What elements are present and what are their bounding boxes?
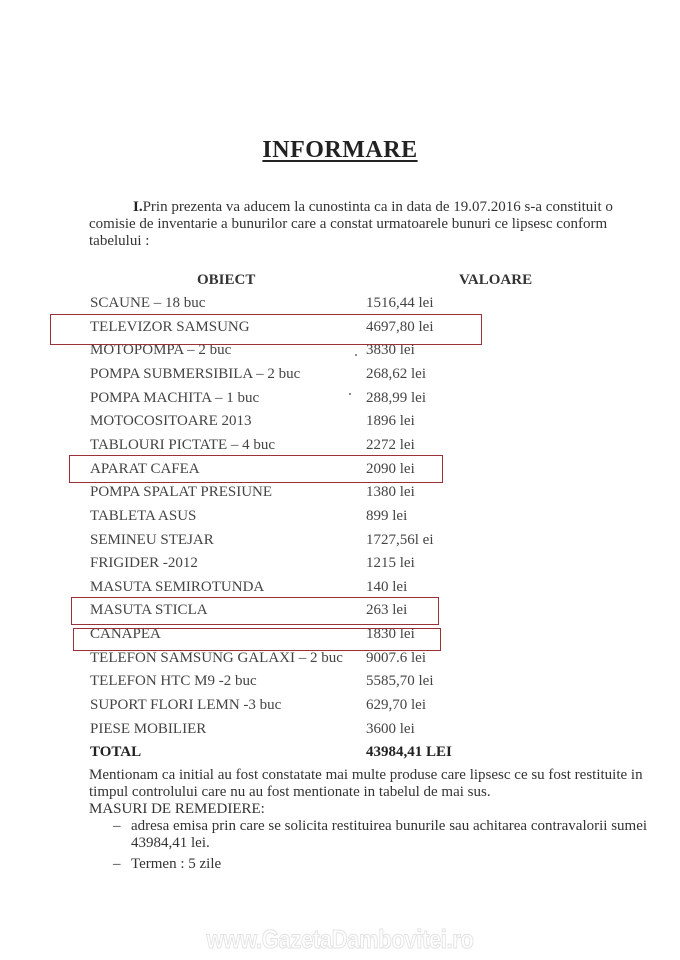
measures-list: –adresa emisa prin care se solicita rest… — [113, 818, 653, 877]
header-object: OBIECT — [197, 272, 255, 289]
table-row: POMPA MACHITA – 1 buc288,99 lei — [90, 390, 490, 414]
item-name: TABLOURI PICTATE – 4 buc — [90, 437, 275, 454]
item-value: 5585,70 lei — [366, 673, 434, 690]
item-value: 629,70 lei — [366, 697, 426, 714]
item-value: 268,62 lei — [366, 366, 426, 383]
highlight-box — [73, 628, 441, 651]
document-title: INFORMARE — [0, 137, 680, 164]
item-name: POMPA MACHITA – 1 buc — [90, 390, 259, 407]
note-paragraph: Mentionam ca initial au fost constatate … — [89, 767, 649, 818]
table-row: SEMINEU STEJAR1727,56l ei — [90, 532, 490, 556]
total-label: TOTAL — [90, 744, 141, 761]
table-row: FRIGIDER -20121215 lei — [90, 555, 490, 579]
item-name: FRIGIDER -2012 — [90, 555, 198, 572]
note-text: Mentionam ca initial au fost constatate … — [89, 767, 649, 801]
item-name: TELEFON HTC M9 -2 buc — [90, 673, 257, 690]
item-name: SCAUNE – 18 buc — [90, 295, 205, 312]
table-row: TABLETA ASUS899 lei — [90, 508, 490, 532]
item-value: 1896 lei — [366, 413, 415, 430]
total-row: TOTAL43984,41 LEI — [90, 744, 490, 768]
table-row: SUPORT FLORI LEMN -3 buc629,70 lei — [90, 697, 490, 721]
item-value: 9007.6 lei — [366, 650, 426, 667]
measure-item: –adresa emisa prin care se solicita rest… — [113, 818, 653, 852]
item-value: 3600 lei — [366, 721, 415, 738]
highlight-box — [50, 314, 482, 345]
table-row: PIESE MOBILIER3600 lei — [90, 721, 490, 745]
intro-number: I. — [133, 199, 143, 215]
item-value: 140 lei — [366, 579, 407, 596]
watermark: www.GazetaDambovitei.ro — [51, 924, 629, 955]
item-value: 2272 lei — [366, 437, 415, 454]
item-name: TABLETA ASUS — [90, 508, 196, 525]
intro-text: Prin prezenta va aducem la cunostinta ca… — [89, 199, 613, 249]
table-row: POMPA SPALAT PRESIUNE1380 lei — [90, 484, 490, 508]
highlight-box — [71, 597, 439, 625]
item-value: 1380 lei — [366, 484, 415, 501]
item-name: PIESE MOBILIER — [90, 721, 206, 738]
item-value: 288,99 lei — [366, 390, 426, 407]
table-row: TELEFON SAMSUNG GALAXI – 2 buc9007.6 lei — [90, 650, 490, 674]
item-name: POMPA SPALAT PRESIUNE — [90, 484, 272, 501]
table-row: POMPA SUBMERSIBILA – 2 buc268,62 lei — [90, 366, 490, 390]
total-value: 43984,41 LEI — [366, 744, 452, 761]
item-value: 1516,44 lei — [366, 295, 434, 312]
item-value: 1215 lei — [366, 555, 415, 572]
intro-paragraph: I.Prin prezenta va aducem la cunostinta … — [89, 199, 629, 250]
item-name: TELEFON SAMSUNG GALAXI – 2 buc — [90, 650, 343, 667]
highlight-box — [69, 455, 443, 483]
table-row: MOTOPOMPA – 2 buc3830 lei — [90, 342, 490, 366]
item-name: POMPA SUBMERSIBILA – 2 buc — [90, 366, 300, 383]
item-name: MASUTA SEMIROTUNDA — [90, 579, 264, 596]
item-name: MOTOCOSITOARE 2013 — [90, 413, 252, 430]
item-name: SUPORT FLORI LEMN -3 buc — [90, 697, 281, 714]
table-row: TELEFON HTC M9 -2 buc5585,70 lei — [90, 673, 490, 697]
item-name: SEMINEU STEJAR — [90, 532, 214, 549]
item-value: 899 lei — [366, 508, 407, 525]
scan-speck — [355, 354, 357, 356]
measures-heading: MASURI DE REMEDIERE: — [89, 801, 649, 818]
table-row: MOTOCOSITOARE 20131896 lei — [90, 413, 490, 437]
item-value: 1727,56l ei — [366, 532, 434, 549]
header-value: VALOARE — [459, 272, 532, 289]
scan-speck — [349, 393, 351, 395]
measure-item: –Termen : 5 zile — [113, 856, 653, 873]
